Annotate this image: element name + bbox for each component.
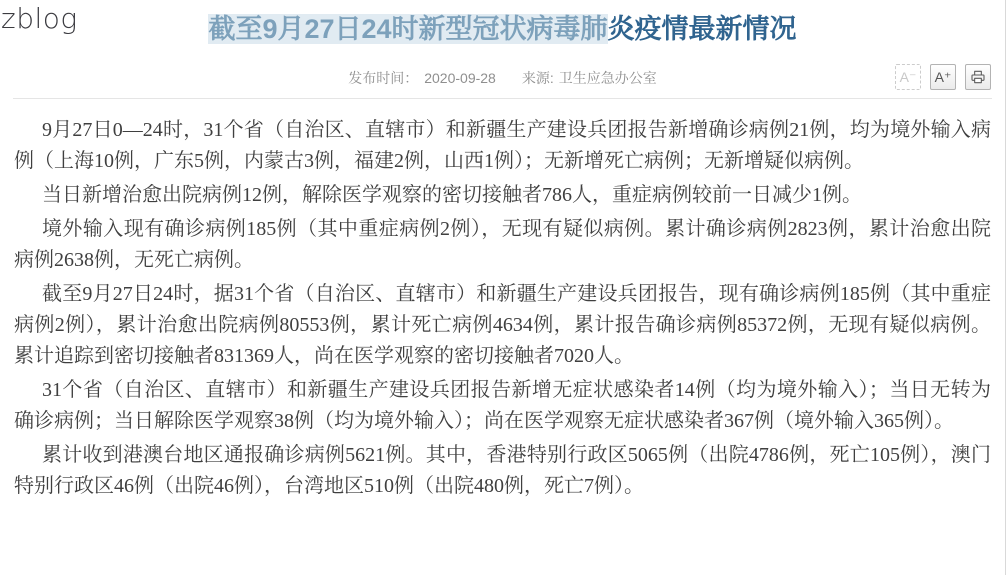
article-body: 9月27日0—24时，31个省（自治区、直辖市）和新疆生产建设兵团报告新增确诊病…	[0, 99, 1005, 502]
print-button[interactable]	[965, 64, 991, 90]
article-meta: 发布时间：2020-09-28来源:卫生应急办公室	[0, 68, 1005, 88]
article-toolbar: A⁻ A⁺	[895, 64, 991, 90]
page-title: 截至9月27日24时新型冠状病毒肺炎疫情最新情况	[0, 0, 1005, 46]
article-paragraph: 9月27日0—24时，31个省（自治区、直辖市）和新疆生产建设兵团报告新增确诊病…	[14, 115, 991, 177]
page-title-selected-text: 截至9月27日24时新型冠状病毒肺	[208, 14, 607, 44]
publish-date: 2020-09-28	[424, 70, 496, 86]
printer-icon	[970, 69, 986, 85]
source-label: 来源:	[522, 70, 554, 86]
page-title-rest-text: 炎疫情最新情况	[608, 14, 797, 44]
article-page: zblog 截至9月27日24时新型冠状病毒肺炎疫情最新情况 发布时间：2020…	[0, 0, 1006, 575]
article-paragraph: 境外输入现有确诊病例185例（其中重症病例2例），无现有疑似病例。累计确诊病例2…	[14, 214, 991, 276]
article-paragraph: 31个省（自治区、直辖市）和新疆生产建设兵团报告新增无症状感染者14例（均为境外…	[14, 375, 991, 437]
site-logo[interactable]: zblog	[1, 2, 78, 35]
article-paragraph: 累计收到港澳台地区通报确诊病例5621例。其中，香港特别行政区5065例（出院4…	[14, 440, 991, 502]
publish-time-label: 发布时间：	[348, 70, 418, 86]
article-paragraph: 当日新增治愈出院病例12例，解除医学观察的密切接触者786人，重症病例较前一日减…	[14, 180, 991, 211]
font-decrease-button[interactable]: A⁻	[895, 64, 921, 90]
source-value: 卫生应急办公室	[559, 70, 657, 86]
font-increase-button[interactable]: A⁺	[930, 64, 956, 90]
article-paragraph: 截至9月27日24时，据31个省（自治区、直辖市）和新疆生产建设兵团报告，现有确…	[14, 279, 991, 372]
